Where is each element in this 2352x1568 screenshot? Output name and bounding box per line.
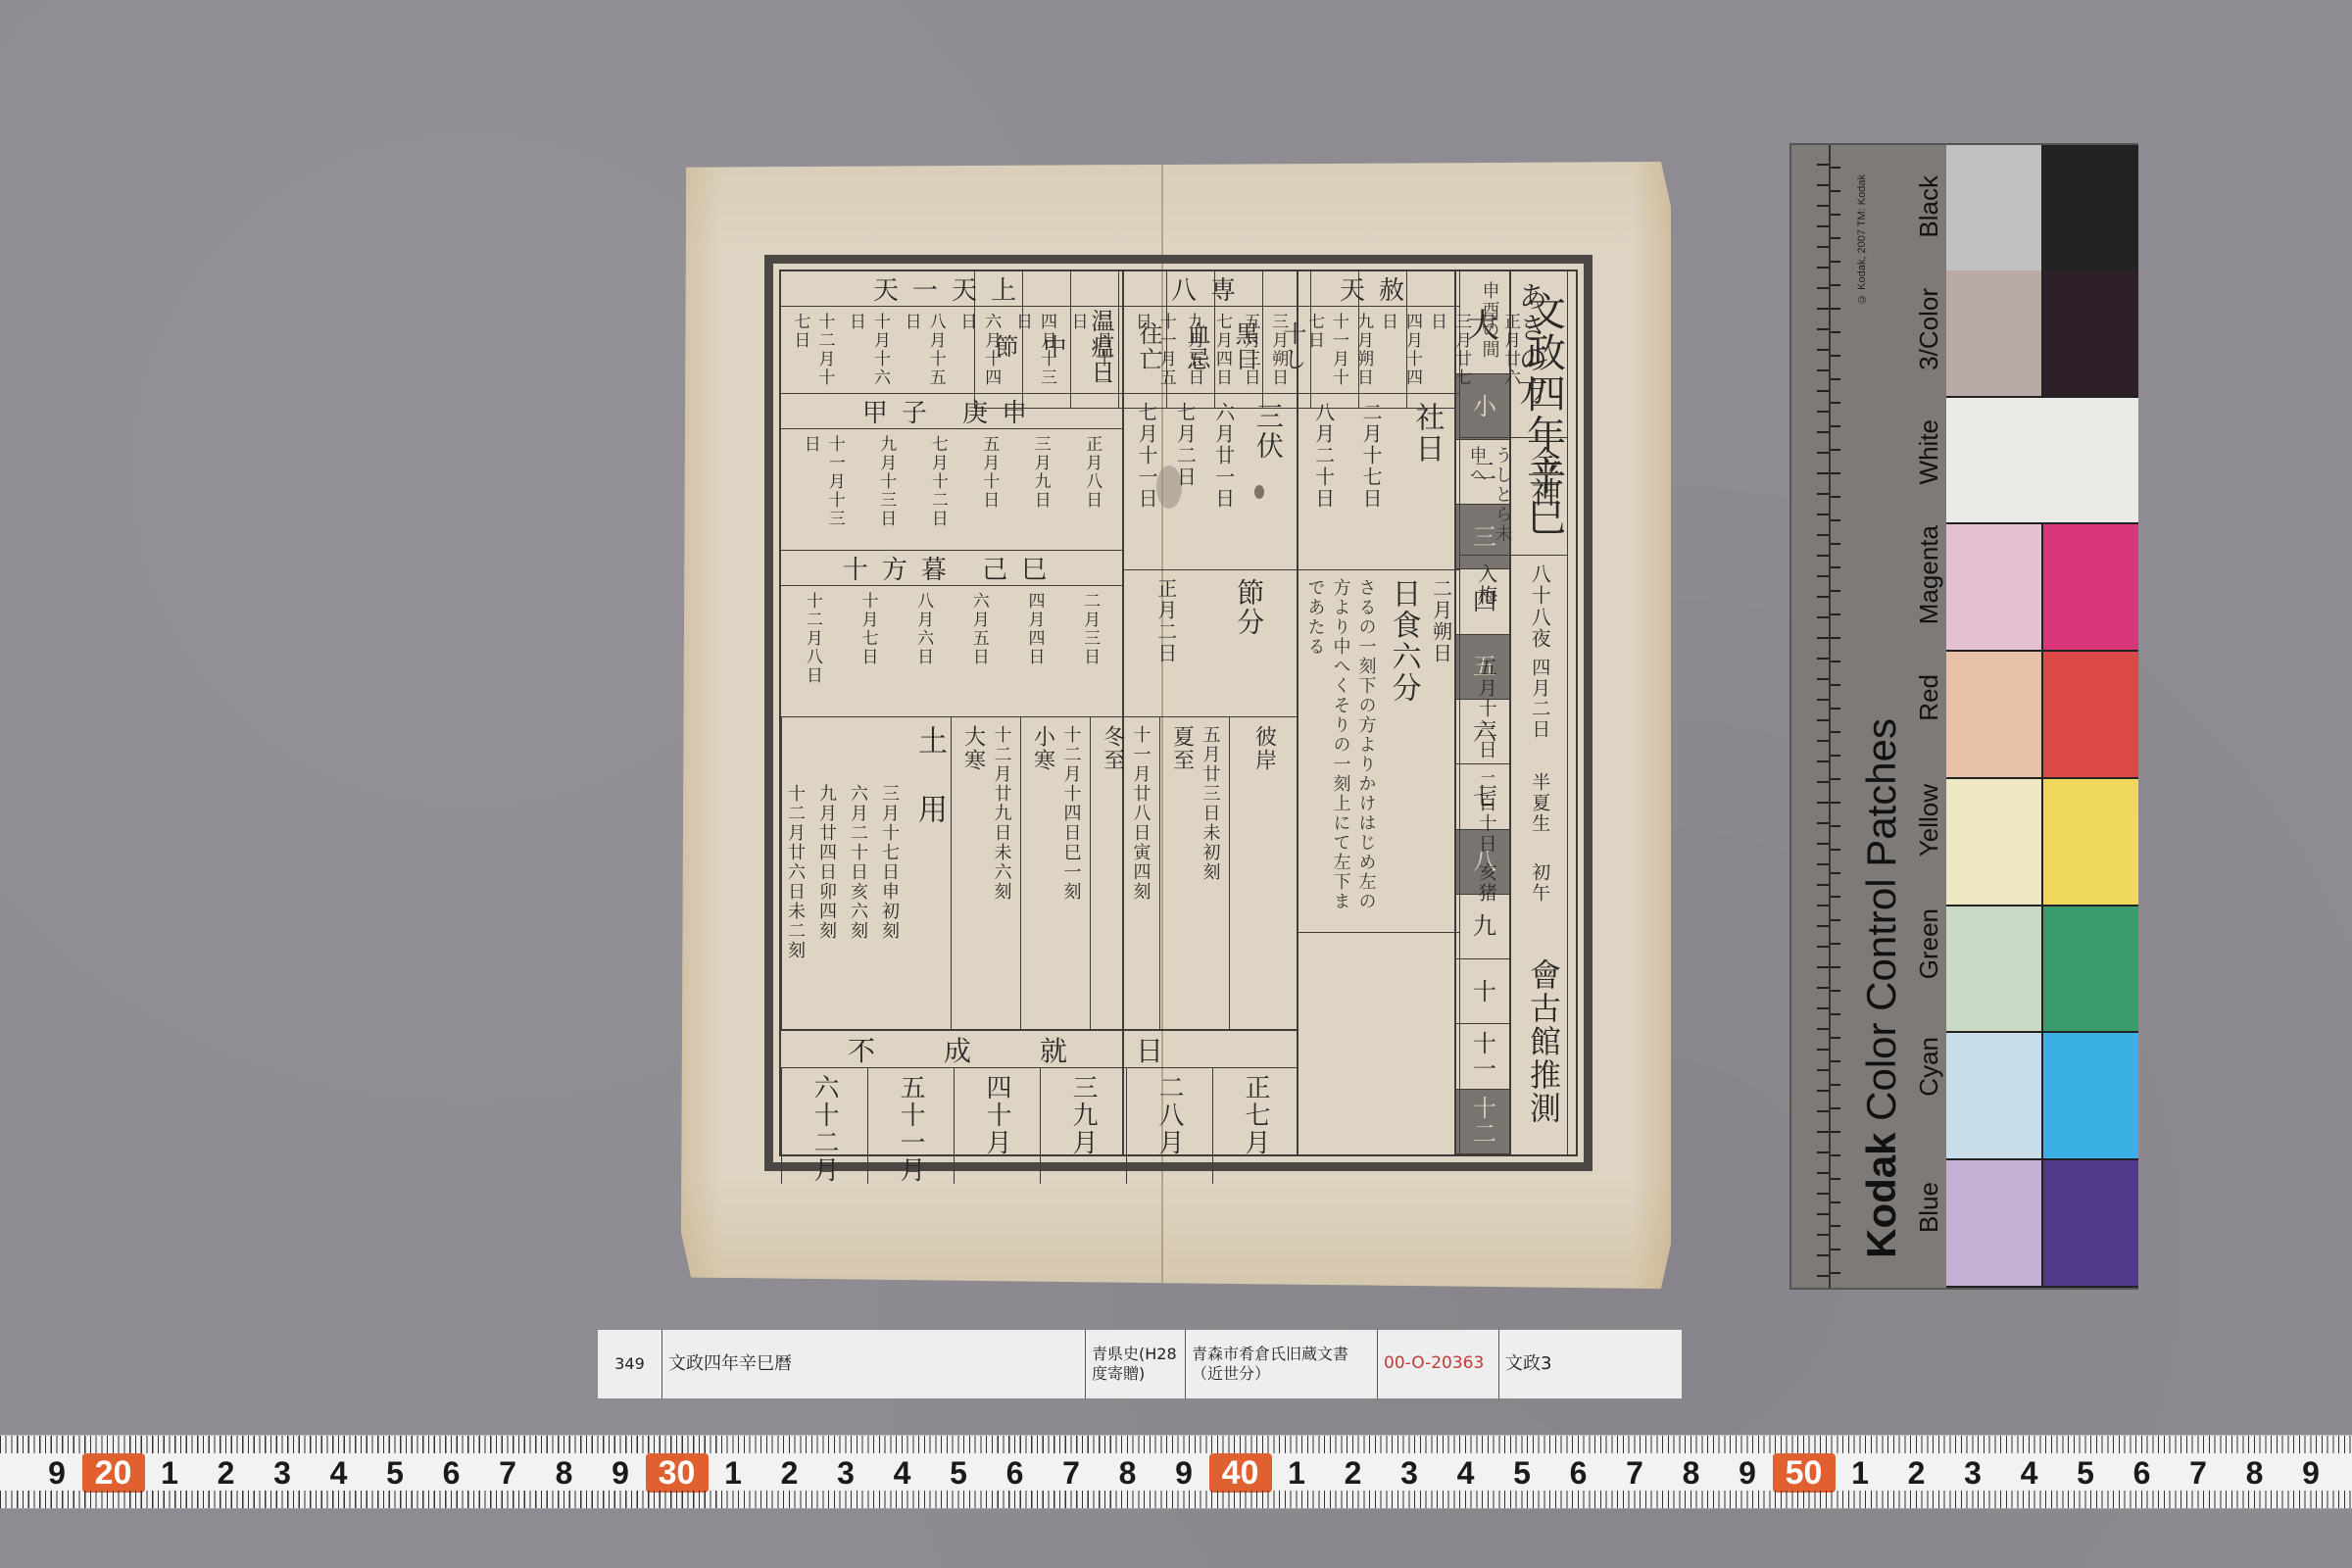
patch-name: Black	[1914, 175, 1944, 238]
table-cell: 八月十五日	[900, 313, 949, 387]
table-cell: 三月九日	[1029, 435, 1053, 544]
table-cell: 四月四日	[1022, 592, 1047, 710]
ehou-kinjin-column: あきの方 申酉の間 金神 うしとら未申へ 八十八夜 入梅 四月二日 五月十三日 …	[1460, 271, 1568, 1154]
patch-row-cyan	[1946, 1033, 2138, 1160]
term-title: 大寒	[958, 725, 989, 772]
table-cell: 六月五日	[967, 592, 992, 710]
patch-red-dark	[2043, 652, 2138, 777]
doyo-line: 六月二十日亥六刻	[845, 725, 870, 941]
term-title: 冬至	[1098, 725, 1128, 772]
table-jippobo: 十方暮 己巳 二月三日 四月四日 六月五日 八月六日 十月七日 十二月八日	[781, 551, 1122, 717]
patch-blue-light	[1946, 1160, 2041, 1286]
tape-label: 8	[545, 1453, 584, 1493]
misc-dates: 半夏生 二百十日	[1460, 760, 1567, 855]
patch-green-dark	[2043, 906, 2138, 1032]
kodak-labels: © Kodak, 2007 TM: Kodak Kodak Color Cont…	[1854, 145, 1952, 1288]
cell-title: 三伏	[1249, 402, 1288, 562]
misc-title: 初午	[1527, 862, 1553, 904]
table-cell: 八月六日	[911, 592, 936, 710]
fujoju-months: 正七月	[1238, 1074, 1274, 1184]
table-cell: 五月十日	[977, 435, 1002, 544]
tape-label: 9	[2291, 1453, 2330, 1493]
cm-ruler	[1831, 145, 1854, 1288]
tape-label: 8	[1672, 1453, 1711, 1493]
eclipse-area: 社日 二月十七日 八月二十日 二月朔日 日食六分 さるの一刻下の方よりかけはじめ…	[1298, 394, 1460, 1154]
misc-title: 入梅	[1473, 563, 1501, 650]
kodak-copyright: © Kodak, 2007 TM: Kodak	[1856, 174, 1868, 305]
fujoju-col: 六十二月	[781, 1068, 867, 1184]
patch-name: Magenta	[1914, 525, 1944, 624]
misc-dates: 八十八夜 入梅	[1460, 556, 1567, 650]
tape-label: 8	[2235, 1453, 2275, 1493]
table-hassen: 八専 三月朔日 五月三日 七月四日 九月五日 十一月五日	[1124, 271, 1297, 394]
term-text: 十二月十四日巳一刻	[1058, 725, 1084, 902]
fujoju-months: 六十二月	[807, 1074, 843, 1184]
tape-numbers: 9201234567893012345678940123456789501234…	[0, 1453, 2352, 1493]
patch-row-blue	[1946, 1160, 2138, 1288]
tape-label: 1	[713, 1453, 753, 1493]
fujoju-col: 正七月	[1212, 1068, 1298, 1184]
doyo-line: 九月廿四日卯四刻	[813, 725, 839, 941]
eclipse-cell: 二月朔日 日食六分 さるの一刻下の方よりかけはじめ左の方より中へくそりの一刻上に…	[1298, 570, 1459, 933]
patch-row-3color	[1946, 270, 2138, 398]
term-text: 十二月廿九日未六刻	[989, 725, 1014, 902]
calendar-frame: 文政四年辛巳 會古館推測 大 小 二 三 四 五 六 七 八 九 十 十一 十二	[764, 255, 1592, 1171]
table-tensha: 天赦 正月廿六日 三月廿七日 四月十四日 九月朔日 十一月十七日	[1298, 271, 1460, 394]
tape-label: 6	[2123, 1453, 2162, 1493]
table-header: 甲子 庚申	[781, 394, 1122, 429]
tape-major-label: 50	[1773, 1453, 1836, 1493]
tape-label: 4	[883, 1453, 922, 1493]
cell-title: 彼岸	[1249, 725, 1280, 772]
measuring-tape: 9201234567893012345678940123456789501234…	[0, 1435, 2352, 1509]
kodak-title-text: Color Control Patches	[1858, 718, 1904, 1121]
table-cell: 七月四日	[1210, 313, 1235, 387]
patch-row-magenta	[1946, 524, 2138, 652]
table-cell: 四月十四日	[1376, 313, 1425, 387]
patch-black-dark	[2043, 145, 2138, 270]
color-patches	[1946, 145, 2138, 1288]
fujoju-months: 五十一月	[893, 1074, 929, 1184]
tape-label: 1	[150, 1453, 189, 1493]
table-cell: 四月十三日	[1010, 313, 1059, 387]
kinjin-label: 金神	[1521, 446, 1564, 555]
eclipse-note: さるの一刻下の方よりかけはじめ左の方より中へくそりの一刻上にて左下まであたる	[1302, 578, 1379, 924]
cell-line: 正月二日	[1152, 578, 1181, 709]
cell-line: 二月十七日	[1357, 402, 1386, 562]
item-number: 349	[598, 1330, 662, 1398]
tape-label: 1	[1277, 1453, 1316, 1493]
patch-name: 3/Color	[1914, 288, 1944, 370]
doyo-line: 三月十七日申初刻	[876, 725, 902, 941]
tape-label: 8	[1108, 1453, 1148, 1493]
misc-dates: 四月二日 五月十三日	[1460, 650, 1567, 760]
table-koshin: 甲子 庚申 正月八日 三月九日 五月十日 七月十二日 九月十三日 十一月十三日	[781, 394, 1122, 551]
solar-terms: 彼岸 夏至 五月廿三日未初刻 冬至 十一月廿八日寅四刻 小寒 十二月十四日巳一刻…	[781, 717, 1298, 1031]
cell-line: 六月廿一日	[1210, 402, 1239, 562]
table-cell: 二月三日	[1078, 592, 1102, 710]
tape-label: 7	[1615, 1453, 1654, 1493]
tape-label: 3	[1953, 1453, 1992, 1493]
tape-label: 4	[1446, 1453, 1486, 1493]
solar-term-cell: 大寒 十二月廿九日未六刻	[951, 717, 1020, 1029]
fujoju-months: 三九月	[1065, 1074, 1102, 1184]
item-id: 00-O-20363	[1378, 1330, 1499, 1398]
fujoju-col: 三九月	[1040, 1068, 1126, 1184]
tape-label: 9	[1728, 1453, 1767, 1493]
misc-title: 半夏生	[1527, 772, 1553, 855]
term-text: 十一月廿八日寅四刻	[1128, 725, 1153, 902]
item-source: 青県史(H28度寄贈)	[1086, 1330, 1186, 1398]
patch-yellow-dark	[2043, 779, 2138, 905]
tape-major-label: 20	[82, 1453, 145, 1493]
doyo-line: 十二月廿六日未二刻	[782, 725, 808, 960]
kodak-color-target: © Kodak, 2007 TM: Kodak Kodak Color Cont…	[1789, 143, 2138, 1290]
tape-label: 6	[432, 1453, 471, 1493]
tape-label: 4	[2010, 1453, 2049, 1493]
patch-name: White	[1914, 419, 1944, 484]
term-text: 五月廿三日未初刻	[1198, 725, 1223, 882]
patch-row-white	[1946, 398, 2138, 525]
tape-label: 5	[2066, 1453, 2105, 1493]
solar-term-cell: 冬至 十一月廿八日寅四刻	[1090, 717, 1159, 1029]
tape-label: 9	[1164, 1453, 1203, 1493]
eclipse-date: 二月朔日	[1428, 578, 1456, 924]
item-title: 文政四年辛巳暦	[662, 1330, 1086, 1398]
patch-row-black	[1946, 145, 2138, 270]
higan-cell: 彼岸	[1229, 717, 1298, 1029]
fujoju-months: 四十月	[979, 1074, 1015, 1184]
tape-label: 2	[1897, 1453, 1936, 1493]
sanpuku-cell: 三伏 六月廿一日 七月二日 七月十一日	[1124, 394, 1297, 570]
item-collection: 青森市肴倉氏旧蔵文書（近世分）	[1186, 1330, 1378, 1398]
cell-title: 節分	[1229, 578, 1268, 709]
cell-line: 七月十一日	[1133, 402, 1161, 562]
patch-yellow-light	[1946, 779, 2041, 905]
tape-label: 3	[826, 1453, 865, 1493]
patch-row-green	[1946, 906, 2138, 1034]
misc-date: 四月二日	[1527, 658, 1553, 760]
table-tenichi: 天一天上 二月十二日 四月十三日 六月十四日 八月十五日 十月十六日 十二月十七…	[781, 271, 1122, 394]
fujoju-col: 五十一月	[867, 1068, 954, 1184]
patch-name: Cyan	[1914, 1037, 1944, 1097]
patch-name: Blue	[1914, 1182, 1944, 1233]
tape-label: 4	[319, 1453, 359, 1493]
setsubun-cell: 節分 正月二日	[1124, 570, 1297, 717]
tape-label: 2	[207, 1453, 246, 1493]
doyo-cell: 土用 三月十七日申初刻 六月二十日亥六刻 九月廿四日卯四刻 十二月廿六日未二刻	[781, 717, 951, 1029]
ehou-direction: 申酉の間	[1477, 281, 1502, 437]
fujoju-col: 四十月	[954, 1068, 1040, 1184]
tape-major-label: 40	[1209, 1453, 1272, 1493]
patch-green-light	[1946, 906, 2041, 1032]
ehou-label: あきの方	[1508, 281, 1551, 437]
table-cell: 十一月十三日	[799, 435, 848, 544]
inch-ruler	[1791, 145, 1831, 1288]
table-cell: 七月十二日	[926, 435, 951, 544]
table-cell: 十二月十七日	[788, 313, 837, 387]
tape-label: 3	[1390, 1453, 1429, 1493]
patch-name: Red	[1914, 674, 1944, 721]
kinjin-cell: 金神 うしとら未申へ	[1460, 438, 1567, 556]
patch-magenta-light	[1946, 524, 2041, 650]
table-cell: 十月七日	[856, 592, 880, 710]
tape-ticks-bottom	[0, 1491, 2352, 1508]
term-title: 夏至	[1167, 725, 1198, 772]
kinjin-note: うしとら未申へ	[1464, 446, 1515, 555]
patch-cyan-light	[1946, 1033, 2041, 1158]
patch-name: Yellow	[1914, 784, 1944, 857]
tape-label: 2	[770, 1453, 809, 1493]
cell-line: 七月二日	[1171, 402, 1200, 562]
patch-3color-light	[1946, 270, 2041, 396]
table-cell: 九月朔日	[1351, 313, 1376, 387]
tape-label: 6	[996, 1453, 1035, 1493]
patch-names: Blue Cyan Green Yellow Red Magenta White…	[1909, 145, 1948, 1288]
tape-label: 5	[375, 1453, 415, 1493]
table-cell: 五月三日	[1239, 313, 1263, 387]
tape-label: 6	[1559, 1453, 1598, 1493]
fujoju-header: 不成就日	[781, 1031, 1298, 1068]
patch-name: Green	[1914, 908, 1944, 979]
cell-line: 八月二十日	[1310, 402, 1339, 562]
table-cell: 十月十六日	[844, 313, 893, 387]
patch-magenta-dark	[2043, 524, 2138, 650]
tape-label: 5	[1502, 1453, 1542, 1493]
fujoju-title: 不成就日	[848, 1030, 1232, 1069]
table-cell: 十一月五日	[1130, 313, 1179, 387]
tape-label: 9	[37, 1453, 76, 1493]
tape-label: 2	[1334, 1453, 1373, 1493]
table-cell: 正月八日	[1080, 435, 1104, 544]
table-cell: 六月十四日	[955, 313, 1004, 387]
patch-blue-dark	[2043, 1160, 2138, 1286]
cell-title: 社日	[1404, 402, 1447, 562]
table-cell: 九月五日	[1182, 313, 1206, 387]
table-header: 天赦	[1298, 271, 1459, 307]
table-cell: 十一月十七日	[1302, 313, 1351, 387]
tape-label: 7	[2179, 1453, 2218, 1493]
table-header: 天一天上	[781, 271, 1122, 307]
catalog-label-card: 349 文政四年辛巳暦 青県史(H28度寄贈) 青森市肴倉氏旧蔵文書（近世分） …	[597, 1329, 1683, 1399]
item-era: 文政3	[1499, 1330, 1682, 1398]
misc-date: 五月十三日	[1474, 658, 1500, 760]
misc-title: 八十八夜	[1526, 563, 1554, 650]
patch-red-light	[1946, 652, 2041, 777]
table-cell: 三月朔日	[1266, 313, 1291, 387]
misc-title: 二百十日	[1474, 772, 1500, 855]
table-header: 十方暮 己巳	[781, 551, 1122, 586]
tape-label: 7	[1052, 1453, 1091, 1493]
tape-label: 3	[263, 1453, 302, 1493]
patch-cyan-dark	[2043, 1033, 2138, 1158]
table-cell: 十二月八日	[801, 592, 825, 710]
fujoju-col: 二八月	[1126, 1068, 1212, 1184]
table-header: 八専	[1124, 271, 1297, 307]
solar-term-cell: 小寒 十二月十四日巳一刻	[1020, 717, 1090, 1029]
term-title: 小寒	[1028, 725, 1058, 772]
solar-term-cell: 夏至 五月廿三日未初刻	[1159, 717, 1229, 1029]
patch-row-red	[1946, 652, 2138, 779]
tape-label: 1	[1840, 1453, 1880, 1493]
ehou-cell: あきの方 申酉の間	[1460, 271, 1567, 438]
social-day-cell: 社日 二月十七日 八月二十日	[1298, 394, 1459, 570]
misc-dates: 初午 亥猪	[1460, 855, 1567, 904]
tape-ticks-top	[0, 1436, 2352, 1453]
patch-3color-dark	[2043, 270, 2138, 396]
eclipse-title: 日食六分	[1382, 578, 1425, 924]
fujoju-months: 二八月	[1151, 1074, 1188, 1184]
tape-major-label: 30	[646, 1453, 709, 1493]
patch-white	[1946, 398, 2138, 523]
kodak-title: Kodak Color Control Patches	[1858, 718, 1905, 1258]
tape-label: 5	[939, 1453, 978, 1493]
doyo-title: 土用	[907, 725, 951, 862]
kodak-brand: Kodak	[1858, 1133, 1904, 1258]
tape-label: 7	[488, 1453, 527, 1493]
table-cell: 九月十三日	[874, 435, 899, 544]
table-cell: 二月十二日	[1066, 313, 1115, 387]
fujoju-table: 不成就日 正七月 二八月 三九月 四十月 五十一月 六十二月	[781, 1031, 1298, 1182]
tape-label: 9	[601, 1453, 640, 1493]
patch-black-light	[1946, 145, 2041, 270]
calendar-document: 文政四年辛巳 會古館推測 大 小 二 三 四 五 六 七 八 九 十 十一 十二	[681, 162, 1671, 1289]
misc-title: 亥猪	[1474, 862, 1500, 904]
patch-row-yellow	[1946, 779, 2138, 906]
